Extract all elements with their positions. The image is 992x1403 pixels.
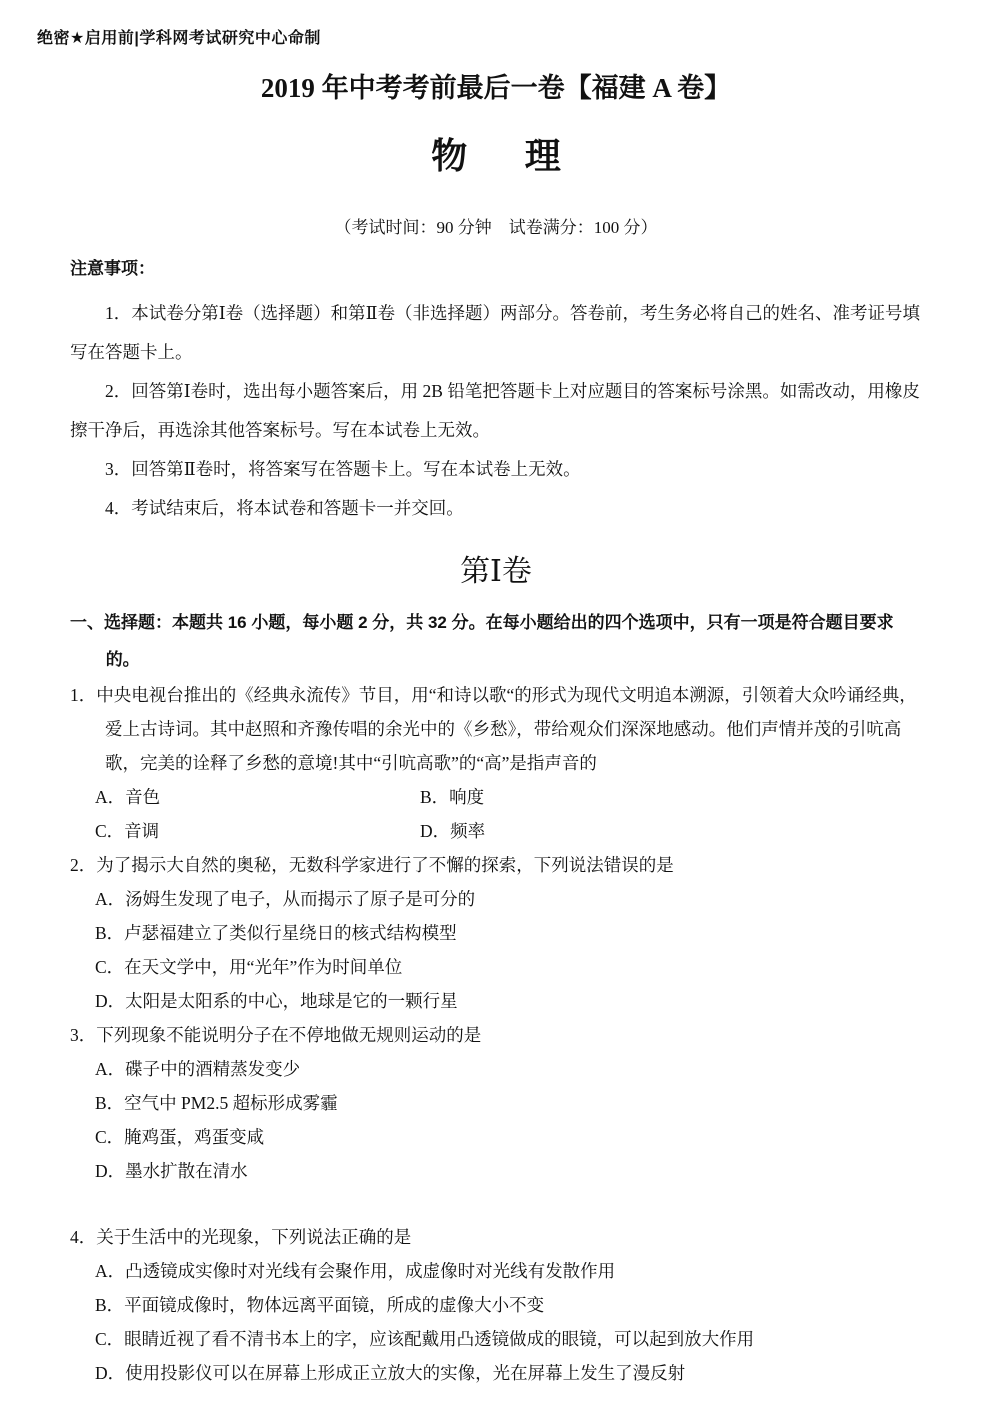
question-3-stem: 3．下列现象不能说明分子在不停地做无规则运动的是 xyxy=(70,1018,922,1052)
question-list: 1．中央电视台推出的《经典永流传》节目，用“和诗以歌“的形式为现代文明追本溯源，… xyxy=(70,678,922,1390)
question-4-stem: 4．关于生活中的光现象，下列说法正确的是 xyxy=(70,1220,922,1254)
option-c: C．音调 xyxy=(95,814,420,848)
option-b: B．平面镜成像时，物体远离平面镜，所成的虚像大小不变 xyxy=(95,1288,922,1322)
exam-paper-page: 绝密★启用前|学科网考试研究中心命制 2019 年中考考前最后一卷【福建 A 卷… xyxy=(0,0,992,1403)
option-c: C．腌鸡蛋，鸡蛋变咸 xyxy=(95,1120,922,1154)
notice-item-4: 4．考试结束后，将本试卷和答题卡一并交回。 xyxy=(70,489,922,528)
question-4-options: A．凸透镜成实像时对光线有会聚作用，成虚像时对光线有发散作用 B．平面镜成像时，… xyxy=(95,1254,922,1390)
option-b: B．卢瑟福建立了类似行星绕日的核式结构模型 xyxy=(95,916,922,950)
notice-list: 1．本试卷分第Ⅰ卷（选择题）和第Ⅱ卷（非选择题）两部分。答卷前，考生务必将自己的… xyxy=(70,294,922,528)
question-1: 1．中央电视台推出的《经典永流传》节目，用“和诗以歌“的形式为现代文明追本溯源，… xyxy=(70,678,922,848)
option-a: A．碟子中的酒精蒸发变少 xyxy=(95,1052,922,1086)
option-d: D．墨水扩散在清水 xyxy=(95,1154,922,1188)
option-d: D．频率 xyxy=(420,814,922,848)
option-c: C．在天文学中，用“光年”作为时间单位 xyxy=(95,950,922,984)
question-3: 3．下列现象不能说明分子在不停地做无规则运动的是 A．碟子中的酒精蒸发变少 B．… xyxy=(70,1018,922,1188)
notice-item-3: 3．回答第Ⅱ卷时，将答案写在答题卡上。写在本试卷上无效。 xyxy=(70,450,922,489)
question-3-options: A．碟子中的酒精蒸发变少 B．空气中 PM2.5 超标形成雾霾 C．腌鸡蛋，鸡蛋… xyxy=(95,1052,922,1188)
option-a: A．汤姆生发现了电子，从而揭示了原子是可分的 xyxy=(95,882,922,916)
part1-heading: 第Ⅰ卷 xyxy=(70,550,922,594)
section-intro: 一、选择题：本题共 16 小题，每小题 2 分，共 32 分。在每小题给出的四个… xyxy=(70,604,922,678)
classification-banner: 绝密★启用前|学科网考试研究中心命制 xyxy=(37,28,922,50)
question-2: 2．为了揭示大自然的奥秘，无数科学家进行了不懈的探索，下列说法错误的是 A．汤姆… xyxy=(70,848,922,1018)
question-2-options: A．汤姆生发现了电子，从而揭示了原子是可分的 B．卢瑟福建立了类似行星绕日的核式… xyxy=(95,882,922,1018)
question-4: 4．关于生活中的光现象，下列说法正确的是 A．凸透镜成实像时对光线有会聚作用，成… xyxy=(70,1220,922,1390)
option-b: B．响度 xyxy=(420,780,922,814)
question-1-stem: 1．中央电视台推出的《经典永流传》节目，用“和诗以歌“的形式为现代文明追本溯源，… xyxy=(70,678,922,780)
option-b: B．空气中 PM2.5 超标形成雾霾 xyxy=(95,1086,922,1120)
exam-info-line: （考试时间：90 分钟 试卷满分：100 分） xyxy=(70,216,922,240)
question-2-stem: 2．为了揭示大自然的奥秘，无数科学家进行了不懈的探索，下列说法错误的是 xyxy=(70,848,922,882)
question-1-options: A．音色 B．响度 C．音调 D．频率 xyxy=(95,780,922,848)
option-a: A．凸透镜成实像时对光线有会聚作用，成虚像时对光线有发散作用 xyxy=(95,1254,922,1288)
subject-title: 物 理 xyxy=(70,132,922,180)
notice-heading: 注意事项： xyxy=(70,256,922,282)
notice-item-1: 1．本试卷分第Ⅰ卷（选择题）和第Ⅱ卷（非选择题）两部分。答卷前，考生务必将自己的… xyxy=(70,294,922,372)
exam-title: 2019 年中考考前最后一卷【福建 A 卷】 xyxy=(70,70,922,106)
option-a: A．音色 xyxy=(95,780,420,814)
option-d: D．太阳是太阳系的中心，地球是它的一颗行星 xyxy=(95,984,922,1018)
notice-item-2: 2．回答第Ⅰ卷时，选出每小题答案后，用 2B 铅笔把答题卡上对应题目的答案标号涂… xyxy=(70,372,922,450)
option-d: D．使用投影仪可以在屏幕上形成正立放大的实像，光在屏幕上发生了漫反射 xyxy=(95,1356,922,1390)
option-c: C．眼睛近视了看不清书本上的字，应该配戴用凸透镜做成的眼镜，可以起到放大作用 xyxy=(95,1322,922,1356)
